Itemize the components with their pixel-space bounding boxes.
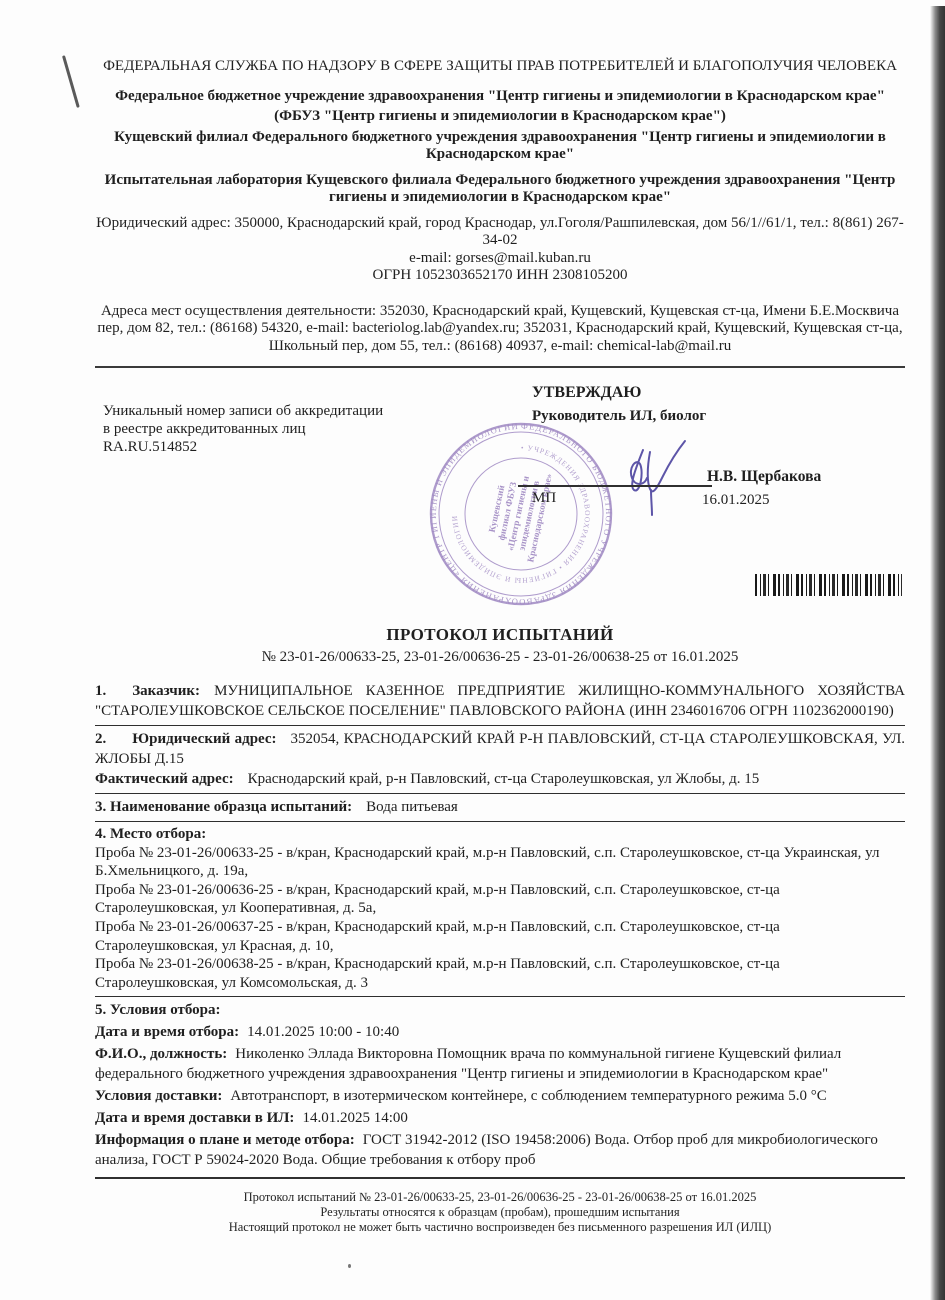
field-sampling-datetime: Дата и время отбора:14.01.2025 10:00 - 1… <box>95 1022 905 1042</box>
field-sampling-datetime-label: Дата и время отбора: <box>95 1024 247 1040</box>
field-sampling-datetime-value: 14.01.2025 10:00 - 10:40 <box>247 1024 399 1040</box>
svg-text:• УЧРЕЖДЕНИЯ ЗДРАВООХРАНЕНИЯ •: • УЧРЕЖДЕНИЯ ЗДРАВООХРАНЕНИЯ • ГИГИЕНЫ И… <box>450 443 592 585</box>
accreditation-number: RA.RU.514852 <box>103 438 383 456</box>
federal-service-name: ФЕДЕРАЛЬНАЯ СЛУЖБА ПО НАДЗОРУ В СФЕРЕ ЗА… <box>95 58 905 76</box>
stamp-middle-ring <box>439 432 603 596</box>
section-legal-address-number: 2. <box>95 731 132 747</box>
section-sampling-conditions: 5. Условия отбора: Дата и время отбора:1… <box>95 1000 905 1170</box>
field-delivery-conditions: Условия доставки:Автотранспорт, в изотер… <box>95 1086 905 1106</box>
legal-address-line: Юридический адрес: 350000, Краснодарский… <box>95 215 905 250</box>
field-sampling-method: Информация о плане и методе отбора:ГОСТ … <box>95 1130 905 1170</box>
accreditation-block: Уникальный номер записи об аккредитации … <box>103 402 383 456</box>
protocol-title: ПРОТОКОЛ ИСПЫТАНИЙ <box>95 625 905 645</box>
sample-item-2: Проба № 23-01-26/00636-25 - в/кран, Крас… <box>95 881 905 918</box>
barcode <box>755 574 902 596</box>
mp-seal-label: МП <box>532 490 556 507</box>
pen-slash-mark <box>62 55 79 108</box>
footer-note-1: Протокол испытаний № 23-01-26/00633-25, … <box>95 1190 905 1205</box>
field-delivery-datetime-value: 14.01.2025 14:00 <box>302 1110 407 1126</box>
accreditation-line1: Уникальный номер записи об аккредитации <box>103 402 383 420</box>
protocol-number-subtitle: № 23-01-26/00633-25, 23-01-26/00636-25 -… <box>95 649 905 666</box>
activity-addresses: Адреса мест осуществления деятельности: … <box>95 303 905 356</box>
section-divider <box>95 821 905 822</box>
approval-zone: Уникальный номер записи об аккредитации … <box>95 368 905 620</box>
section-sample-name: 3. Наименование образца испытаний:Вода п… <box>95 797 905 817</box>
section-divider <box>95 793 905 794</box>
official-round-stamp: ФЕДЕРАЛЬНОГО БЮДЖЕТНОГО УЧРЕЖДЕНИЯ ЗДРАВ… <box>423 416 619 612</box>
org-short-name: (ФБУЗ "Центр гигиены и эпидемиологии в К… <box>95 108 905 126</box>
accreditation-line2: в реестре аккредитованных лиц <box>103 420 383 438</box>
section-customer-value: МУНИЦИПАЛЬНОЕ КАЗЕННОЕ ПРЕДПРИЯТИЕ ЖИЛИЩ… <box>95 683 905 719</box>
section-divider <box>95 996 905 997</box>
field-delivery-conditions-value: Автотранспорт, в изотермическом контейне… <box>230 1088 826 1104</box>
laboratory-name: Испытательная лаборатория Кущевского фил… <box>95 172 905 207</box>
ogrn-inn-line: ОГРН 1052303652170 ИНН 2308105200 <box>95 267 905 285</box>
sampling-conditions-heading: 5. Условия отбора: <box>95 1000 905 1020</box>
section-customer: 1.Заказчик:МУНИЦИПАЛЬНОЕ КАЗЕННОЕ ПРЕДПР… <box>95 681 905 721</box>
actual-address-value: Краснодарский край, р-н Павловский, ст-ц… <box>248 771 760 787</box>
section-customer-label: Заказчик: <box>132 683 214 699</box>
approver-name: Н.В. Щербакова <box>707 468 821 486</box>
footer-note-3: Настоящий протокол не может быть частичн… <box>95 1220 905 1235</box>
sample-item-3: Проба № 23-01-26/00637-25 - в/кран, Крас… <box>95 918 905 955</box>
approval-date: 16.01.2025 <box>702 492 770 509</box>
stamp-inner-text: • УЧРЕЖДЕНИЯ ЗДРАВООХРАНЕНИЯ • ГИГИЕНЫ И… <box>450 443 592 585</box>
handwritten-signature <box>613 436 691 526</box>
sampling-place-label-text: 4. Место отбора: <box>95 826 220 842</box>
branch-name: Кущевский филиал Федерального бюджетного… <box>95 129 905 164</box>
document-header: ФЕДЕРАЛЬНАЯ СЛУЖБА ПО НАДЗОРУ В СФЕРЕ ЗА… <box>95 58 905 355</box>
actual-address-label: Фактический адрес: <box>95 771 248 787</box>
section-sample-name-value: Вода питьевая <box>366 799 458 815</box>
field-sampler-name-label: Ф.И.О., должность: <box>95 1046 235 1062</box>
scanned-document-page: ФЕДЕРАЛЬНАЯ СЛУЖБА ПО НАДЗОРУ В СФЕРЕ ЗА… <box>0 0 945 1300</box>
stamp-outer-ring <box>431 424 611 604</box>
field-delivery-datetime-label: Дата и время доставки в ИЛ: <box>95 1110 302 1126</box>
signature-line <box>518 485 712 487</box>
email-line: e-mail: gorses@mail.kuban.ru <box>95 250 905 268</box>
stamp-center-line-2: филиал ФБУЗ <box>496 481 518 541</box>
section-customer-number: 1. <box>95 683 132 699</box>
svg-text:ФЕДЕРАЛЬНОГО БЮДЖЕТНОГО УЧРЕЖД: ФЕДЕРАЛЬНОГО БЮДЖЕТНОГО УЧРЕЖДЕНИЯ ЗДРАВ… <box>423 416 614 607</box>
protocol-sections: 1.Заказчик:МУНИЦИПАЛЬНОЕ КАЗЕННОЕ ПРЕДПР… <box>95 681 905 1179</box>
document-content: ФЕДЕРАЛЬНАЯ СЛУЖБА ПО НАДЗОРУ В СФЕРЕ ЗА… <box>95 0 905 1234</box>
scan-right-edge-shadow <box>930 6 945 1300</box>
approve-heading: УТВЕРЖДАЮ <box>532 384 641 402</box>
footer-notes: Протокол испытаний № 23-01-26/00633-25, … <box>95 1190 905 1234</box>
sample-item-1: Проба № 23-01-26/00633-25 - в/кран, Крас… <box>95 844 905 881</box>
footer-divider-rule <box>95 1177 905 1179</box>
section-legal-address: 2.Юридический адрес:352054, КРАСНОДАРСКИ… <box>95 729 905 769</box>
section-sampling-place: 4. Место отбора: Проба № 23-01-26/00633-… <box>95 825 905 992</box>
sample-item-4: Проба № 23-01-26/00638-25 - в/кран, Крас… <box>95 955 905 992</box>
section-sampling-place-label: 4. Место отбора: <box>95 825 905 844</box>
section-divider <box>95 725 905 726</box>
sampling-conditions-label-text: 5. Условия отбора: <box>95 1002 229 1018</box>
section-sample-name-label: 3. Наименование образца испытаний: <box>95 799 366 815</box>
scan-speck-mark <box>348 1264 351 1268</box>
field-delivery-conditions-label: Условия доставки: <box>95 1088 230 1104</box>
field-delivery-datetime: Дата и время доставки в ИЛ:14.01.2025 14… <box>95 1108 905 1128</box>
org-full-name: Федеральное бюджетное учреждение здравоо… <box>95 88 905 106</box>
stamp-outer-text: ФЕДЕРАЛЬНОГО БЮДЖЕТНОГО УЧРЕЖДЕНИЯ ЗДРАВ… <box>423 416 614 607</box>
field-sampler-name: Ф.И.О., должность:Николенко Эллада Викто… <box>95 1044 905 1084</box>
field-sampling-method-label: Информация о плане и методе отбора: <box>95 1132 363 1148</box>
footer-note-2: Результаты относятся к образцам (пробам)… <box>95 1205 905 1220</box>
approver-position: Руководитель ИЛ, биолог <box>532 408 706 425</box>
stamp-inner-ring <box>465 458 577 570</box>
section-legal-address-label: Юридический адрес: <box>132 731 290 747</box>
actual-address-row: Фактический адрес:Краснодарский край, р-… <box>95 769 905 789</box>
stamp-center-line-1: Кущевский <box>487 484 507 534</box>
